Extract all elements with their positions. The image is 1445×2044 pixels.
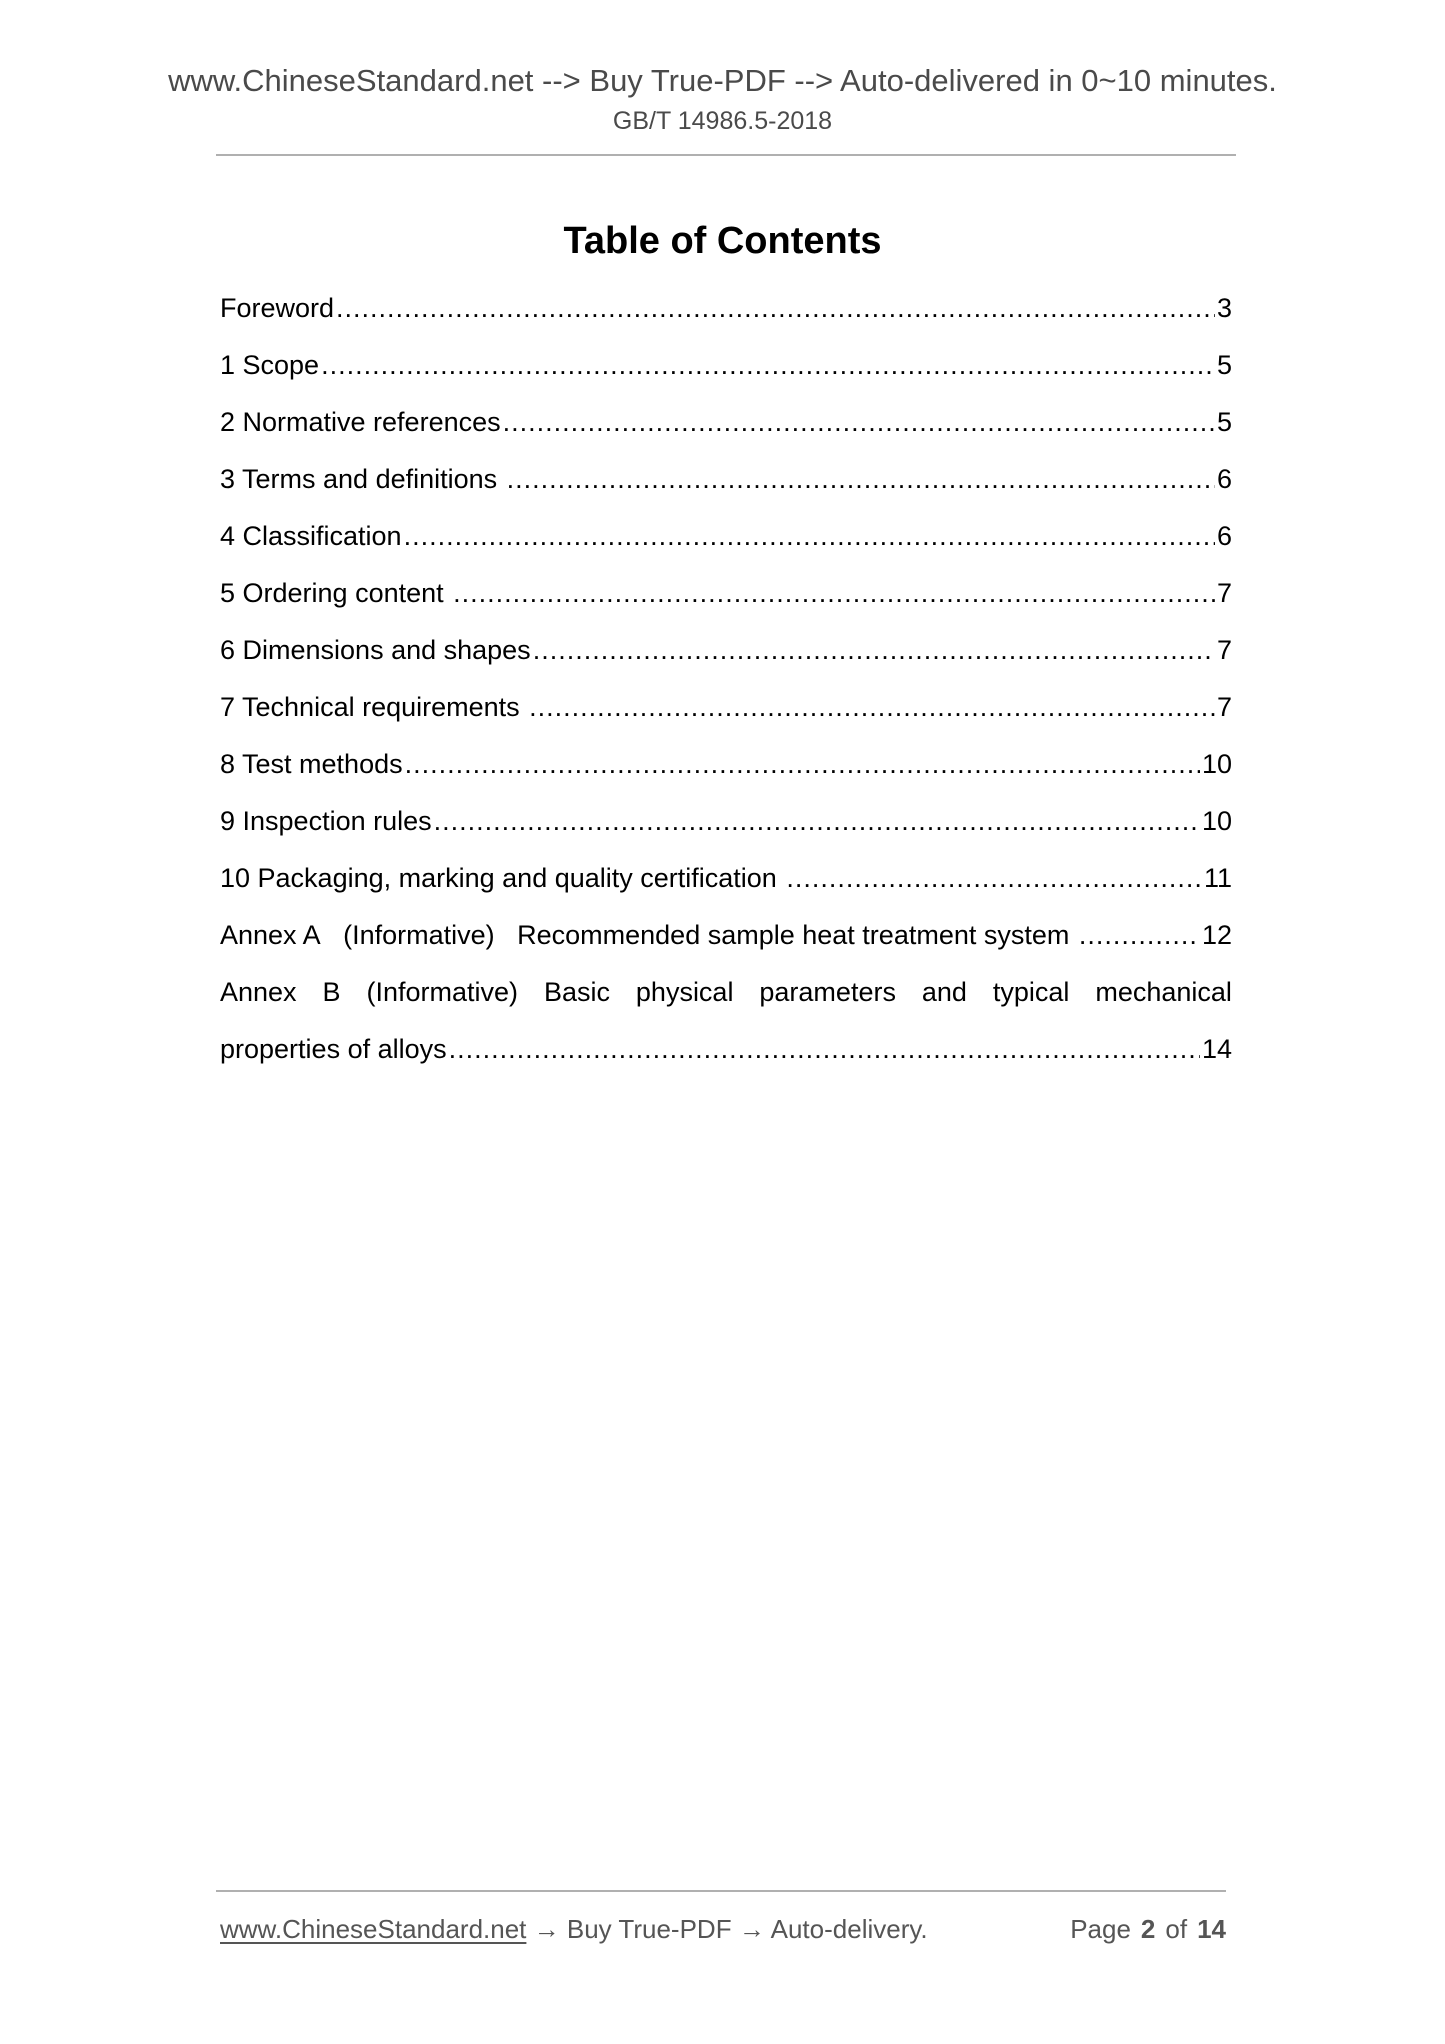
dot-leader bbox=[405, 743, 1200, 785]
toc-entry-page: 7 bbox=[1217, 572, 1232, 614]
toc-entry-page: 14 bbox=[1202, 1028, 1232, 1070]
dot-leader bbox=[533, 629, 1215, 671]
toc-entry-word: Basic bbox=[544, 971, 610, 1013]
toc-entry-label: 1 Scope bbox=[220, 344, 319, 386]
footer-site-link[interactable]: www.ChineseStandard.net bbox=[220, 1914, 526, 1944]
page-of-label: of bbox=[1165, 1914, 1187, 1944]
toc-entry-annex-a[interactable]: Annex A (Informative) Recommended sample… bbox=[220, 914, 1232, 971]
page-footer: www.ChineseStandard.net → Buy True-PDF →… bbox=[220, 1913, 1226, 1945]
toc-entry-word: physical bbox=[636, 971, 734, 1013]
toc-entry-word: parameters bbox=[759, 971, 896, 1013]
toc-entry-classification[interactable]: 4 Classification 6 bbox=[220, 515, 1232, 572]
toc-entry-word: Annex bbox=[220, 971, 297, 1013]
dot-leader bbox=[503, 401, 1215, 443]
toc-entry-foreword[interactable]: Foreword 3 bbox=[220, 287, 1232, 344]
toc-entry-label: Foreword bbox=[220, 287, 334, 329]
standard-number: GB/T 14986.5-2018 bbox=[0, 106, 1445, 136]
toc-entry-packaging-marking-certification[interactable]: 10 Packaging, marking and quality certif… bbox=[220, 857, 1232, 914]
toc-entry-label: 4 Classification bbox=[220, 515, 402, 557]
toc-entry-normative-references[interactable]: 2 Normative references 5 bbox=[220, 401, 1232, 458]
dot-leader bbox=[529, 686, 1215, 728]
toc-entry-word: (Informative) bbox=[366, 971, 518, 1013]
toc-entry-page: 10 bbox=[1202, 743, 1232, 785]
toc-entry-page: 7 bbox=[1217, 629, 1232, 671]
arrow-right-icon: → bbox=[739, 1914, 765, 1944]
toc-entry-label: 2 Normative references bbox=[220, 401, 501, 443]
page-label: Page bbox=[1070, 1914, 1131, 1944]
toc-entry-page: 11 bbox=[1204, 857, 1232, 899]
dot-leader bbox=[321, 344, 1215, 386]
dot-leader bbox=[434, 800, 1200, 842]
page-number: Page2of14 bbox=[1065, 1913, 1226, 1945]
toc-entry-word: typical bbox=[993, 971, 1070, 1013]
toc-entry-label: properties of alloys bbox=[220, 1028, 447, 1070]
toc-entry-page: 3 bbox=[1217, 287, 1232, 329]
toc-entry-technical-requirements[interactable]: 7 Technical requirements 7 bbox=[220, 686, 1232, 743]
footer-divider bbox=[216, 1890, 1226, 1892]
toc-entry-label: 3 Terms and definitions bbox=[220, 458, 505, 500]
dot-leader bbox=[507, 458, 1215, 500]
toc-entry-page: 7 bbox=[1217, 686, 1232, 728]
toc-entry-terms-and-definitions[interactable]: 3 Terms and definitions 6 bbox=[220, 458, 1232, 515]
toc-entry-word: and bbox=[922, 971, 967, 1013]
toc-entry-label: 6 Dimensions and shapes bbox=[220, 629, 531, 671]
toc-entry-label: 5 Ordering content bbox=[220, 572, 451, 614]
toc-entry-page: 10 bbox=[1202, 800, 1232, 842]
toc-entry-annex-b-line1[interactable]: AnnexB(Informative)Basicphysicalparamete… bbox=[220, 971, 1232, 1028]
dot-leader bbox=[453, 572, 1215, 614]
toc-title: Table of Contents bbox=[0, 218, 1445, 264]
header-divider bbox=[216, 154, 1236, 156]
toc-entry-dimensions-and-shapes[interactable]: 6 Dimensions and shapes 7 bbox=[220, 629, 1232, 686]
toc-entry-annex-b-line2[interactable]: properties of alloys 14 bbox=[220, 1028, 1232, 1085]
dot-leader bbox=[336, 287, 1215, 329]
toc-entry-inspection-rules[interactable]: 9 Inspection rules 10 bbox=[220, 800, 1232, 857]
page-current: 2 bbox=[1141, 1914, 1155, 1944]
toc-entry-label: 7 Technical requirements bbox=[220, 686, 527, 728]
footer-buy-text: Buy True-PDF bbox=[567, 1914, 732, 1944]
dot-leader bbox=[404, 515, 1215, 557]
toc-list: Foreword 3 1 Scope 5 2 Normative referen… bbox=[220, 287, 1232, 1085]
toc-entry-label: 10 Packaging, marking and quality certif… bbox=[220, 857, 784, 899]
toc-entry-test-methods[interactable]: 8 Test methods 10 bbox=[220, 743, 1232, 800]
dot-leader bbox=[449, 1028, 1200, 1070]
toc-entry-label: 8 Test methods bbox=[220, 743, 403, 785]
toc-entry-page: 5 bbox=[1217, 401, 1232, 443]
toc-entry-word: mechanical bbox=[1095, 971, 1232, 1013]
arrow-right-icon: → bbox=[534, 1914, 560, 1944]
toc-entry-page: 6 bbox=[1217, 515, 1232, 557]
toc-entry-page: 12 bbox=[1202, 914, 1232, 956]
toc-entry-page: 6 bbox=[1217, 458, 1232, 500]
toc-entry-word: B bbox=[323, 971, 341, 1013]
footer-promo: www.ChineseStandard.net → Buy True-PDF →… bbox=[220, 1913, 928, 1945]
footer-delivery-text: Auto-delivery. bbox=[771, 1914, 928, 1944]
toc-entry-label: Annex A (Informative) Recommended sample… bbox=[220, 914, 1077, 956]
toc-entry-ordering-content[interactable]: 5 Ordering content 7 bbox=[220, 572, 1232, 629]
dot-leader bbox=[1079, 914, 1200, 956]
dot-leader bbox=[786, 857, 1202, 899]
toc-entry-page: 5 bbox=[1217, 344, 1232, 386]
toc-entry-label: 9 Inspection rules bbox=[220, 800, 432, 842]
toc-entry-scope[interactable]: 1 Scope 5 bbox=[220, 344, 1232, 401]
header-banner: www.ChineseStandard.net --> Buy True-PDF… bbox=[0, 62, 1445, 100]
page-total: 14 bbox=[1197, 1914, 1226, 1944]
